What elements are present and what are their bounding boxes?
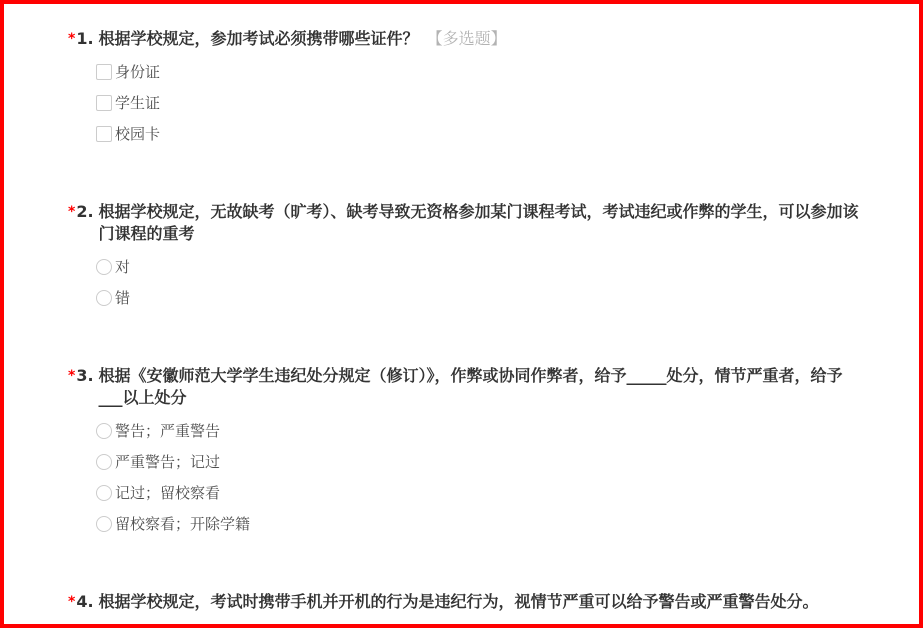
question-number: 4. [76, 592, 93, 611]
option-label: 错 [115, 289, 130, 307]
radio-icon[interactable] [96, 290, 112, 306]
question-text-content: 根据学校规定，考试时携带手机并开机的行为是违纪行为，视情节严重可以给予警告或严重… [99, 592, 819, 611]
question-block: *4.根据学校规定，考试时携带手机并开机的行为是违纪行为，视情节严重可以给予警告… [68, 591, 863, 613]
question-title: *2.根据学校规定，无故缺考（旷考）、缺考导致无资格参加某门课程考试，考试违纪或… [68, 201, 863, 245]
question-number: 3. [76, 366, 93, 385]
survey-page: *1.根据学校规定，参加考试必须携带哪些证件？【多选题】身份证学生证校园卡*2.… [0, 0, 923, 628]
option-row[interactable]: 学生证 [96, 87, 863, 118]
required-asterisk: * [68, 594, 75, 610]
question-list: *1.根据学校规定，参加考试必须携带哪些证件？【多选题】身份证学生证校园卡*2.… [68, 28, 863, 613]
option-label: 留校察看；开除学籍 [115, 515, 250, 533]
option-row[interactable]: 警告；严重警告 [96, 415, 863, 446]
question-block: *1.根据学校规定，参加考试必须携带哪些证件？【多选题】身份证学生证校园卡 [68, 28, 863, 149]
options-list: 对错 [68, 251, 863, 313]
option-row[interactable]: 严重警告；记过 [96, 446, 863, 477]
required-asterisk: * [68, 204, 75, 220]
checkbox-icon[interactable] [96, 95, 112, 111]
question-text: 根据学校规定，参加考试必须携带哪些证件？【多选题】 [99, 28, 507, 50]
option-row[interactable]: 错 [96, 282, 863, 313]
radio-icon[interactable] [96, 259, 112, 275]
required-asterisk: * [68, 31, 75, 47]
checkbox-icon[interactable] [96, 126, 112, 142]
question-type-tag: 【多选题】 [427, 29, 507, 48]
option-row[interactable]: 留校察看；开除学籍 [96, 508, 863, 539]
question-marker: *3. [68, 365, 94, 387]
question-title: *1.根据学校规定，参加考试必须携带哪些证件？【多选题】 [68, 28, 863, 50]
question-marker: *2. [68, 201, 94, 223]
question-text-content: 根据《安徽师范大学学生违纪处分规定（修订）》，作弊或协同作弊者，给予_____处… [99, 366, 843, 407]
question-text-content: 根据学校规定，无故缺考（旷考）、缺考导致无资格参加某门课程考试，考试违纪或作弊的… [99, 202, 859, 243]
option-row[interactable]: 身份证 [96, 56, 863, 87]
question-block: *3.根据《安徽师范大学学生违纪处分规定（修订）》，作弊或协同作弊者，给予___… [68, 365, 863, 539]
option-label: 学生证 [115, 94, 160, 112]
radio-icon[interactable] [96, 485, 112, 501]
option-row[interactable]: 对 [96, 251, 863, 282]
radio-icon[interactable] [96, 454, 112, 470]
option-label: 对 [115, 258, 130, 276]
option-label: 警告；严重警告 [115, 422, 220, 440]
question-marker: *1. [68, 28, 94, 50]
question-text: 根据《安徽师范大学学生违纪处分规定（修订）》，作弊或协同作弊者，给予_____处… [99, 365, 863, 409]
option-row[interactable]: 校园卡 [96, 118, 863, 149]
survey-content: *1.根据学校规定，参加考试必须携带哪些证件？【多选题】身份证学生证校园卡*2.… [4, 4, 919, 613]
radio-icon[interactable] [96, 516, 112, 532]
question-text: 根据学校规定，无故缺考（旷考）、缺考导致无资格参加某门课程考试，考试违纪或作弊的… [99, 201, 863, 245]
radio-icon[interactable] [96, 423, 112, 439]
question-number: 1. [76, 29, 93, 48]
question-text-content: 根据学校规定，参加考试必须携带哪些证件？ [99, 29, 419, 48]
question-title: *3.根据《安徽师范大学学生违纪处分规定（修订）》，作弊或协同作弊者，给予___… [68, 365, 863, 409]
checkbox-icon[interactable] [96, 64, 112, 80]
option-row[interactable]: 记过；留校察看 [96, 477, 863, 508]
option-label: 身份证 [115, 63, 160, 81]
options-list: 警告；严重警告严重警告；记过记过；留校察看留校察看；开除学籍 [68, 415, 863, 539]
question-block: *2.根据学校规定，无故缺考（旷考）、缺考导致无资格参加某门课程考试，考试违纪或… [68, 201, 863, 313]
question-number: 2. [76, 202, 93, 221]
question-text: 根据学校规定，考试时携带手机并开机的行为是违纪行为，视情节严重可以给予警告或严重… [99, 591, 819, 613]
option-label: 严重警告；记过 [115, 453, 220, 471]
options-list: 身份证学生证校园卡 [68, 56, 863, 149]
question-marker: *4. [68, 591, 94, 613]
required-asterisk: * [68, 368, 75, 384]
option-label: 校园卡 [115, 125, 160, 143]
question-title: *4.根据学校规定，考试时携带手机并开机的行为是违纪行为，视情节严重可以给予警告… [68, 591, 863, 613]
option-label: 记过；留校察看 [115, 484, 220, 502]
